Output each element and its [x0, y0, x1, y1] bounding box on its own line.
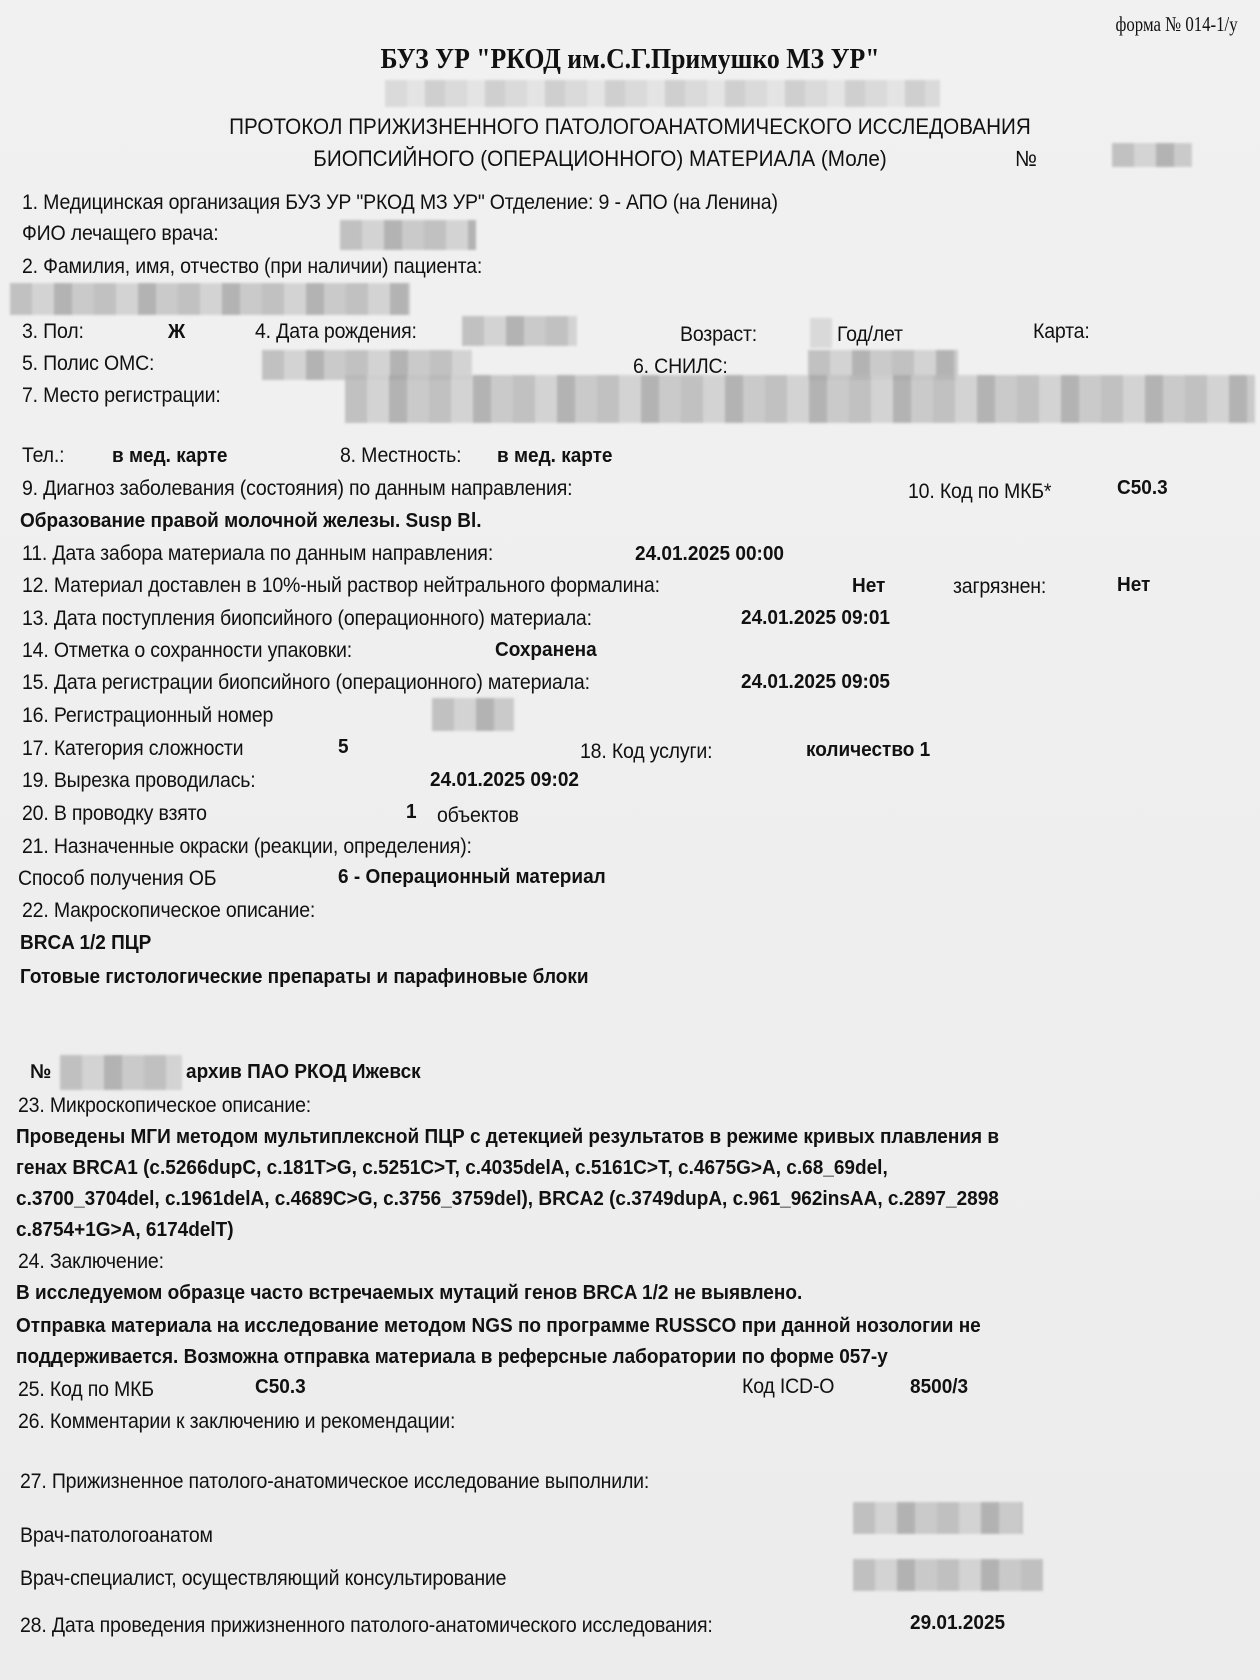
redacted-archive-number — [60, 1055, 182, 1090]
protocol-title-line1: ПРОТОКОЛ ПРИЖИЗНЕННОГО ПАТОЛОГОАНАТОМИЧЕ… — [38, 114, 1222, 140]
field-7-registration-label: 7. Место регистрации: — [22, 384, 221, 408]
field-15-value: 24.01.2025 09:05 — [741, 671, 890, 694]
contaminated-value: Нет — [1117, 574, 1150, 597]
card-label: Карта: — [1033, 320, 1090, 344]
redacted-age — [810, 318, 832, 348]
field-25-value: C50.3 — [255, 1376, 306, 1399]
field-15-label: 15. Дата регистрации биопсийного (операц… — [22, 671, 590, 695]
field-14-label: 14. Отметка о сохранности упаковки: — [22, 639, 352, 663]
field-20-value: 1 — [406, 801, 417, 824]
macro-line-2: Готовые гистологические препараты и пара… — [20, 966, 589, 989]
field-13-label: 13. Дата поступления биопсийного (операц… — [22, 607, 592, 631]
macro-line-1: BRCA 1/2 ПЦР — [20, 932, 151, 955]
redacted-consultant-name — [853, 1559, 1043, 1591]
field-19-value: 24.01.2025 09:02 — [430, 769, 579, 792]
field-5-oms-label: 5. Полис ОМС: — [22, 352, 154, 376]
field-10-icd-value: C50.3 — [1117, 477, 1168, 500]
field-9-diagnosis-label: 9. Диагноз заболевания (состояния) по да… — [22, 477, 572, 501]
micro-line-4: c.8754+1G>A, 6174delT) — [16, 1219, 234, 1242]
redacted-patient-name — [10, 283, 410, 315]
field-4-birthdate-label: 4. Дата рождения: — [255, 320, 417, 344]
archive-number-label: № — [30, 1061, 51, 1084]
icdo-label: Код ICD-O — [742, 1375, 834, 1399]
method-label: Способ получения ОБ — [18, 867, 216, 891]
field-14-value: Сохранена — [495, 639, 597, 662]
redacted-address — [385, 80, 940, 107]
redacted-birthdate — [462, 316, 577, 346]
field-20-unit: объектов — [437, 804, 519, 828]
field-22-label: 22. Макроскопическое описание: — [22, 899, 315, 923]
micro-line-2: генах BRCA1 (c.5266dupC, c.181T>G, c.525… — [16, 1157, 888, 1180]
pathologist-label: Врач-патологоанатом — [20, 1524, 213, 1548]
field-25-label: 25. Код по МКБ — [18, 1378, 154, 1402]
protocol-number-label: № — [1015, 146, 1037, 172]
field-26-label: 26. Комментарии к заключению и рекоменда… — [18, 1410, 455, 1434]
field-19-label: 19. Вырезка проводилась: — [22, 769, 256, 793]
archive-text: архив ПАО РКОД Ижевск — [186, 1061, 421, 1084]
contaminated-label: загрязнен: — [953, 575, 1046, 599]
redacted-doctor — [340, 220, 476, 250]
micro-line-3: c.3700_3704del, c.1961delA, c.4689C>G, c… — [16, 1188, 999, 1211]
icdo-value: 8500/3 — [910, 1376, 968, 1399]
field-8-locality-value: в мед. карте — [497, 445, 613, 468]
conclusion-line-1: В исследуемом образце часто встречаемых … — [16, 1282, 802, 1305]
phone-value: в мед. карте — [112, 445, 228, 468]
field-13-value: 24.01.2025 09:01 — [741, 607, 890, 630]
conclusion-line-2: Отправка материала на исследование метод… — [16, 1315, 981, 1338]
phone-label: Тел.: — [22, 444, 64, 468]
field-11-label: 11. Дата забора материала по данным напр… — [22, 542, 493, 566]
field-23-label: 23. Микроскопическое описание: — [18, 1094, 311, 1118]
form-number: форма № 014-1/у — [1116, 12, 1238, 37]
field-10-icd-label: 10. Код по МКБ* — [908, 480, 1051, 504]
field-3-sex-label: 3. Пол: — [22, 320, 84, 344]
document-page: форма № 014-1/у БУЗ УР "РКОД им.С.Г.Прим… — [0, 0, 1260, 1680]
redacted-pathologist-name — [853, 1502, 1023, 1534]
field-2-patient-name-label: 2. Фамилия, имя, отчество (при наличии) … — [22, 255, 482, 279]
field-18-label: 18. Код услуги: — [580, 740, 712, 764]
field-20-label: 20. В проводку взято — [22, 802, 207, 826]
field-3-sex-value: Ж — [168, 321, 185, 344]
redacted-registration-number — [432, 698, 514, 731]
method-value: 6 - Операционный материал — [338, 866, 606, 889]
age-unit: Год/лет — [837, 323, 903, 347]
field-24-label: 24. Заключение: — [18, 1250, 164, 1274]
redacted-registration-address — [345, 375, 1255, 423]
doctor-label: ФИО лечащего врача: — [22, 222, 218, 246]
field-27-label: 27. Прижизненное патолого-анатомическое … — [20, 1470, 649, 1494]
field-17-label: 17. Категория сложности — [22, 737, 243, 761]
field-28-label: 28. Дата проведения прижизненного патоло… — [20, 1614, 713, 1638]
micro-line-1: Проведены МГИ методом мультиплексной ПЦР… — [16, 1126, 999, 1149]
conclusion-line-3: поддерживается. Возможна отправка матери… — [16, 1346, 888, 1369]
field-11-value: 24.01.2025 00:00 — [635, 543, 784, 566]
field-16-label: 16. Регистрационный номер — [22, 704, 273, 728]
field-1-organization: 1. Медицинская организация БУЗ УР "РКОД … — [22, 191, 778, 215]
organization-title: БУЗ УР "РКОД им.С.Г.Примушко МЗ УР" — [50, 44, 1209, 76]
field-12-value: Нет — [852, 575, 885, 598]
field-28-value: 29.01.2025 — [910, 1612, 1005, 1635]
consultant-label: Врач-специалист, осуществляющий консульт… — [20, 1567, 506, 1591]
field-12-label: 12. Материал доставлен в 10%-ный раствор… — [22, 574, 660, 598]
field-8-locality-label: 8. Местность: — [340, 444, 461, 468]
field-17-value: 5 — [338, 736, 349, 759]
age-label: Возраст: — [680, 323, 757, 347]
field-21-label: 21. Назначенные окраски (реакции, опреде… — [22, 835, 472, 859]
field-18-value: количество 1 — [806, 739, 930, 762]
diagnosis-text: Образование правой молочной железы. Susp… — [20, 510, 482, 533]
redacted-protocol-number — [1112, 143, 1192, 167]
